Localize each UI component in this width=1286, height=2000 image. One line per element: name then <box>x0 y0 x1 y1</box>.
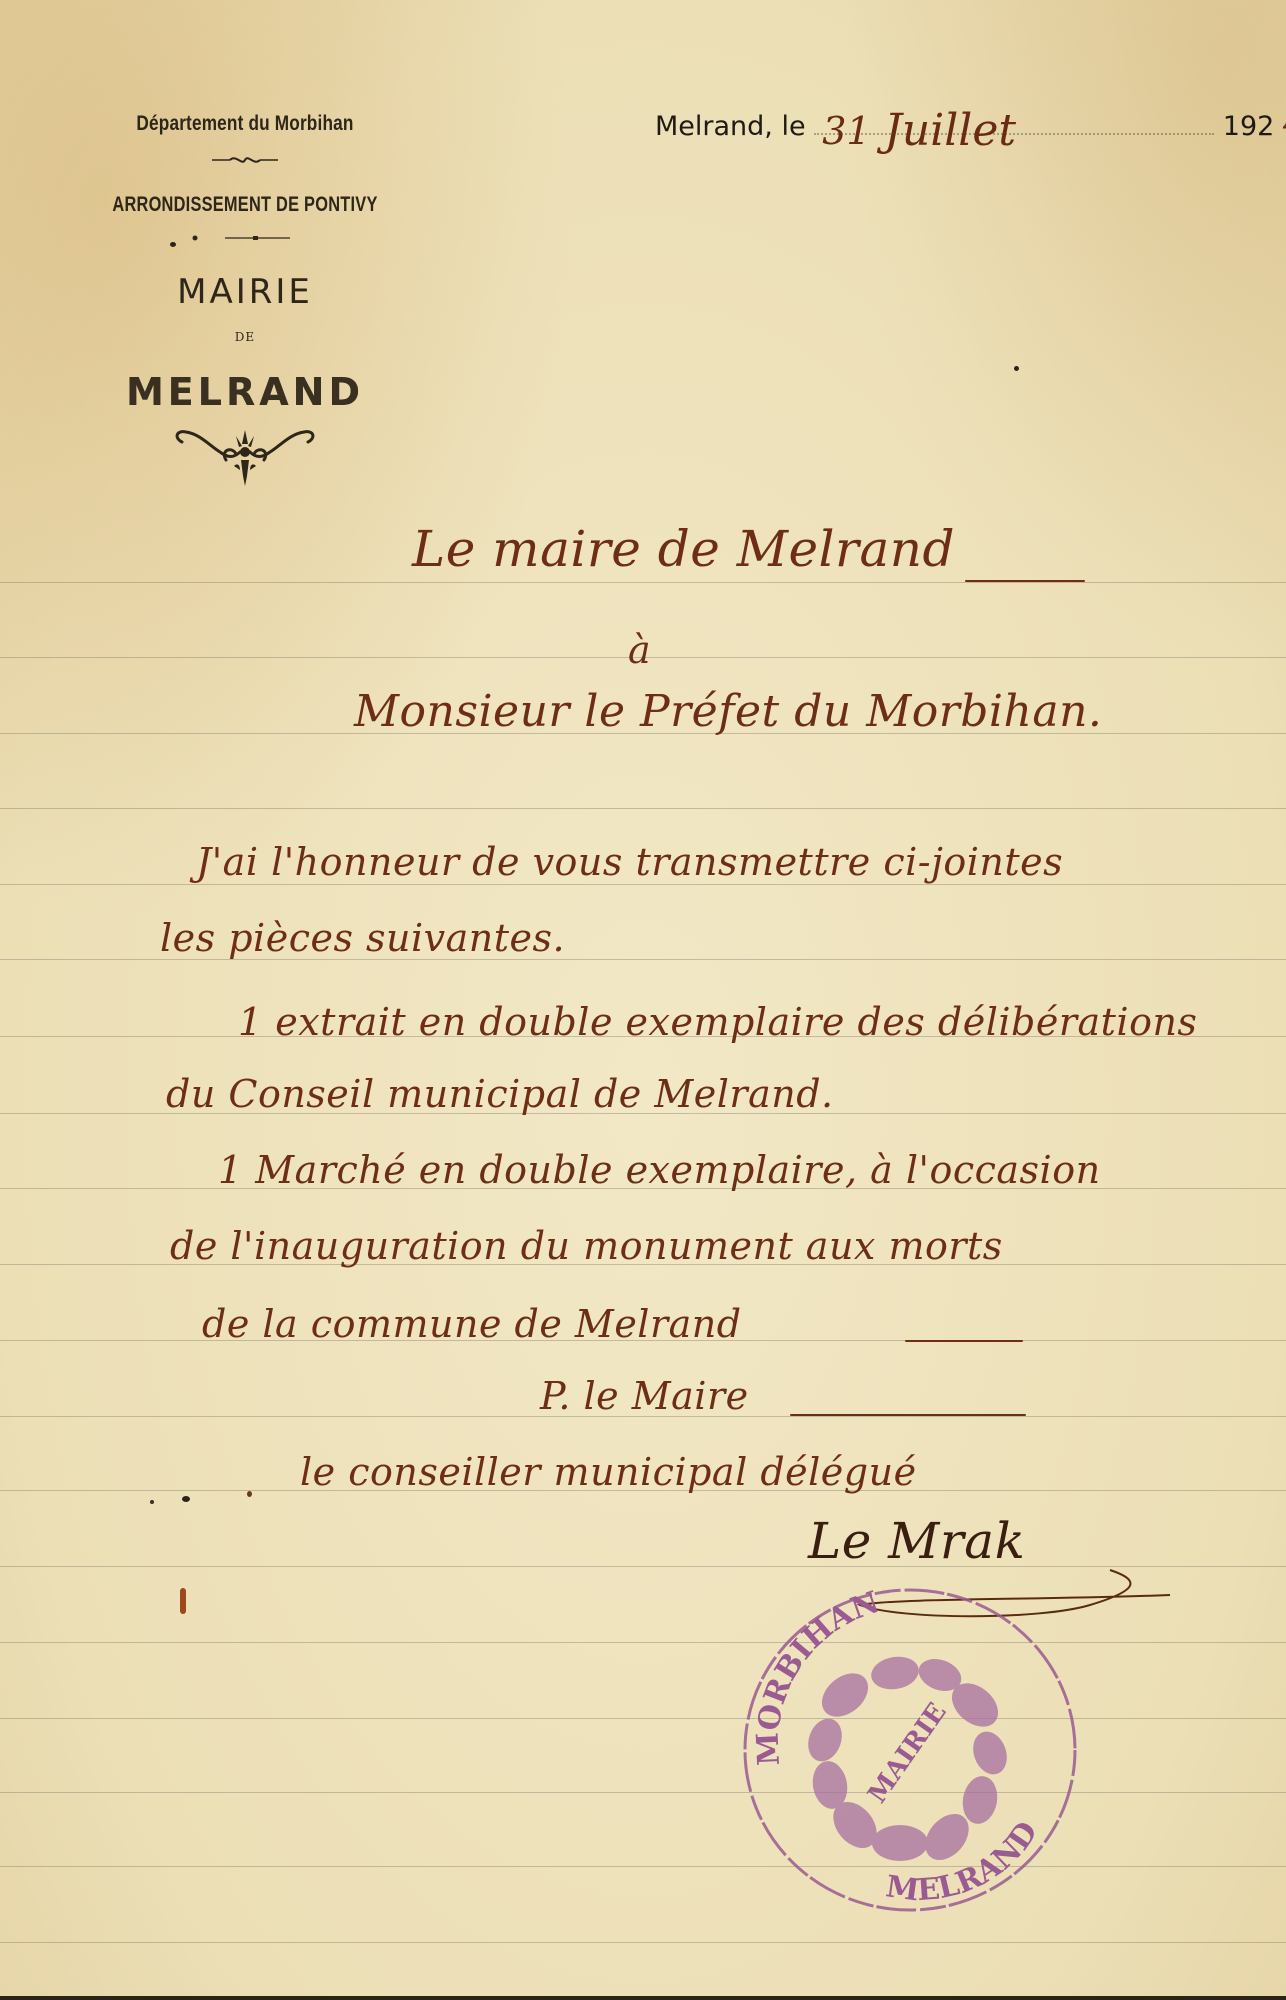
body-line-7: de la commune de Melrand <box>202 1302 742 1346</box>
ink-speck <box>182 1496 190 1502</box>
date-line: Melrand, le 31 Juillet 192 4 <box>655 104 1286 144</box>
body-line-2: les pièces suivantes. <box>160 916 565 960</box>
place-prefix: Melrand, le <box>655 111 806 142</box>
closing-line: P. le Maire <box>540 1374 749 1418</box>
ruled-line <box>0 1866 1286 1867</box>
body-line-5: 1 Marché en double exemplaire, à l'occas… <box>218 1148 1101 1192</box>
underline-stroke <box>965 580 1085 582</box>
ruled-line <box>0 808 1286 809</box>
commune-heading: MELRAND <box>60 370 430 414</box>
rust-stain <box>180 1588 186 1614</box>
ink-speck <box>247 1491 252 1497</box>
de-label: DE <box>60 330 430 344</box>
underline-stroke <box>790 1414 1026 1416</box>
ornament-divider-icon <box>60 152 430 171</box>
date-day: 31 <box>822 109 870 153</box>
mairie-stamp: MORBIHAN MELRAND MAIRIE <box>735 1575 1085 1925</box>
ruled-line <box>0 1792 1286 1793</box>
ink-speck <box>1014 366 1019 371</box>
ruled-line <box>0 1642 1286 1643</box>
ruled-line <box>0 884 1286 885</box>
body-line-4: du Conseil municipal de Melrand. <box>166 1072 834 1116</box>
body-line-6: de l'inauguration du monument aux morts <box>170 1224 1003 1268</box>
underline-stroke <box>905 1340 1023 1342</box>
ruled-line <box>0 1718 1286 1719</box>
body-line-1: J'ai l'honneur de vous transmettre ci-jo… <box>196 840 1063 884</box>
page-bottom-edge <box>0 1996 1286 2000</box>
letter-page: Département du Morbihan ARRONDISSEMENT D… <box>0 0 1286 2000</box>
ruled-line <box>0 582 1286 583</box>
flourish-ornament-icon <box>60 428 430 495</box>
sender-line: Le maire de Melrand <box>412 520 955 578</box>
mairie-heading: MAIRIE <box>60 272 430 312</box>
stamp-center-text: MAIRIE <box>862 1698 952 1809</box>
dot-divider-icon <box>60 232 430 246</box>
delegate-line: le conseiller municipal délégué <box>300 1450 917 1494</box>
ink-speck <box>150 1500 154 1504</box>
year-printed: 192 <box>1223 111 1275 142</box>
date-fill: 31 Juillet <box>814 133 1214 135</box>
arrondissement-heading: ARRONDISSEMENT DE PONTIVY <box>101 193 390 217</box>
to-preposition: à <box>628 628 651 672</box>
department-heading: Département du Morbihan <box>93 112 396 136</box>
date-month: Juillet <box>884 105 1016 156</box>
ruled-line <box>0 1942 1286 1943</box>
recipient-line: Monsieur le Préfet du Morbihan. <box>354 686 1102 737</box>
body-line-3: 1 extrait en double exemplaire des délib… <box>238 1000 1197 1044</box>
